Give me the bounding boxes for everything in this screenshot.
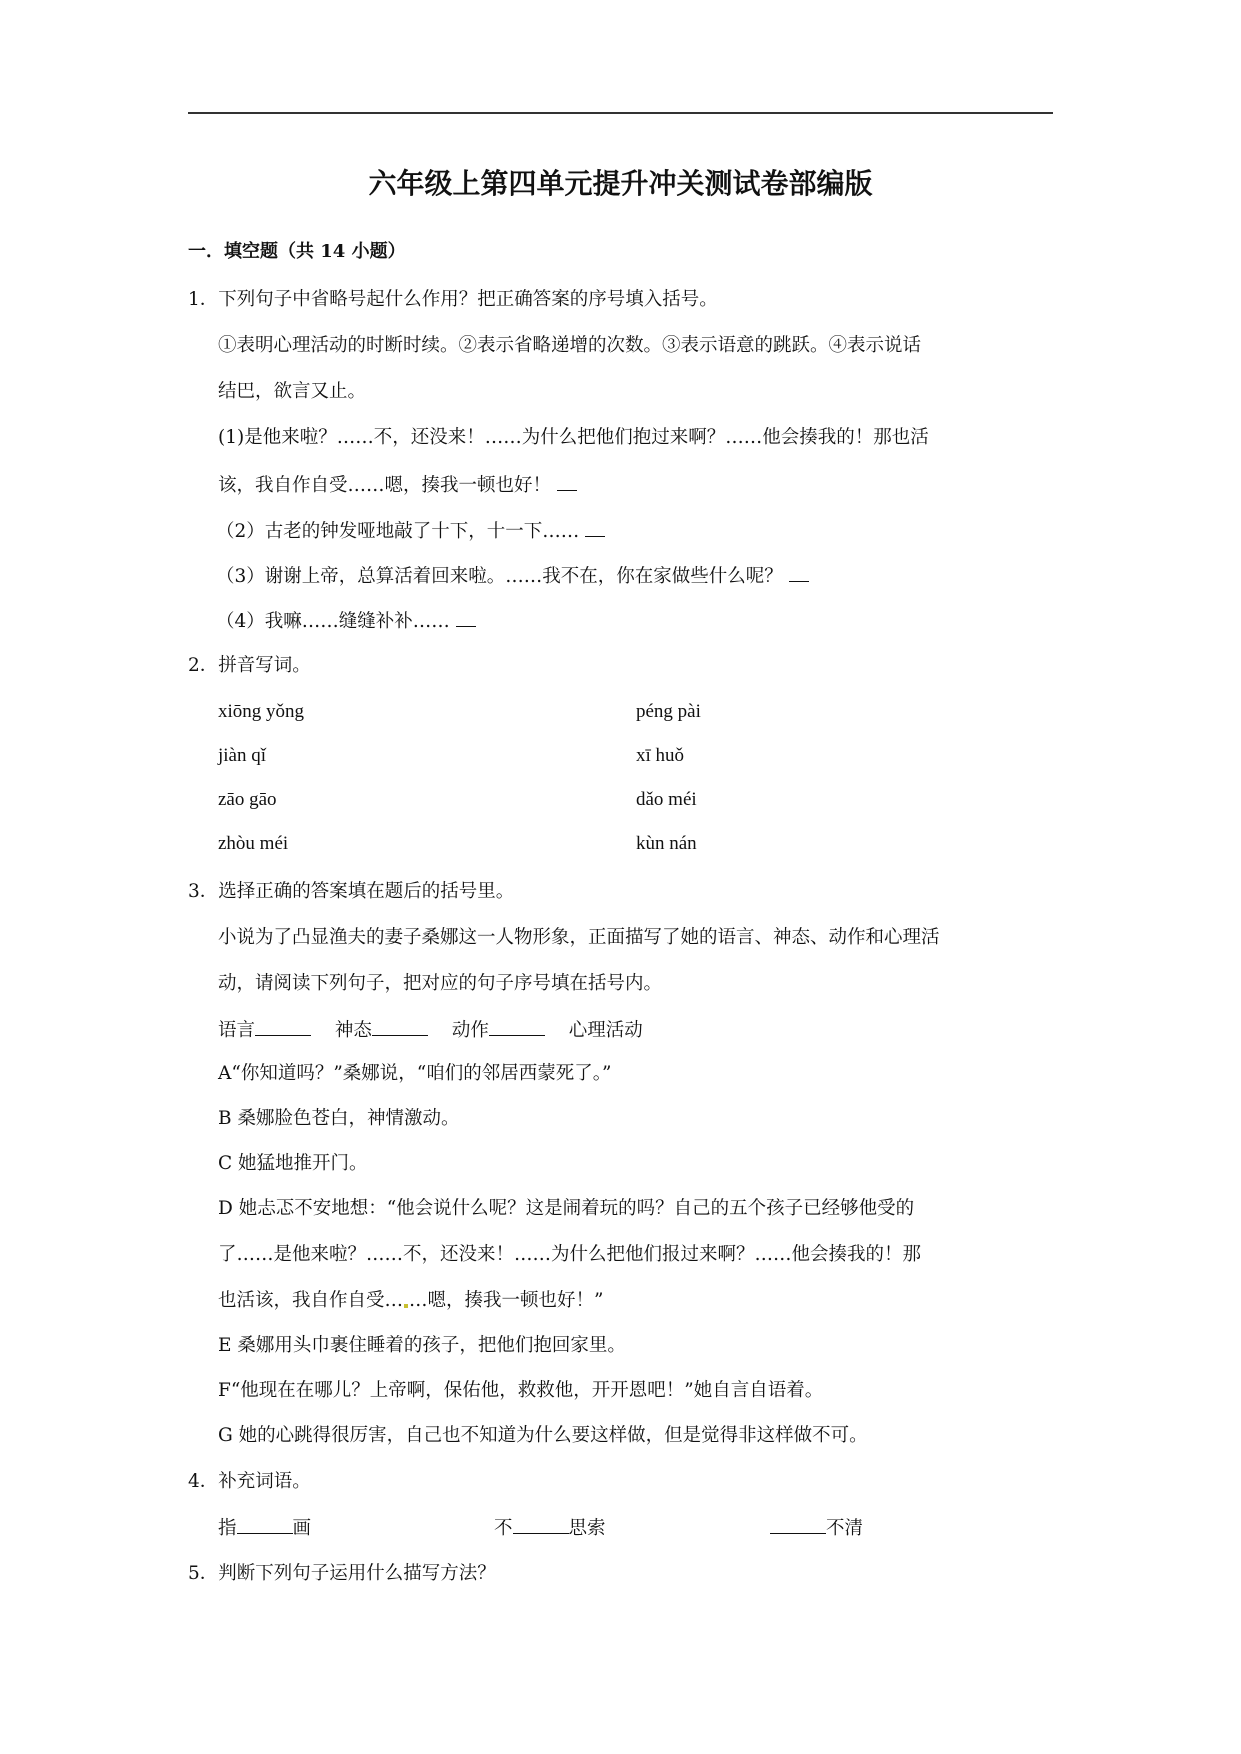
- choice-d-line3: 也活该，我自作自受……嗯，揍我一顿也好！”: [218, 1289, 603, 1313]
- pinyin-item: jiàn qǐ: [218, 744, 266, 768]
- question-5: 5．判断下列句子运用什么描写方法？: [188, 1562, 496, 1586]
- choice-d-line2: 了……是他来啦？……不，还没来！……为什么把他们报过来啊？……他会揍我的！那: [218, 1243, 921, 1267]
- q1-options-line2: 结巴，欲言又止。: [218, 380, 366, 404]
- choice-a: A“你知道吗？”桑娜说，“咱们的邻居西蒙死了。”: [218, 1062, 611, 1086]
- pinyin-item: kùn nán: [636, 832, 697, 856]
- q1-item-1-line2: 该，我自作自受……嗯，揍我一顿也好！: [218, 472, 577, 498]
- answer-blank[interactable]: [770, 1515, 826, 1534]
- answer-blank[interactable]: [489, 1017, 545, 1036]
- pinyin-item: dǎo méi: [636, 788, 697, 812]
- pinyin-item: xī huǒ: [636, 744, 684, 768]
- question-number: 5．: [188, 1563, 218, 1584]
- choice-g: G 她的心跳得很厉害，自己也不知道为什么要这样做，但是觉得非这样做不可。: [218, 1424, 868, 1448]
- choice-f: F“他现在在哪儿？上帝啊，保佑他，救救他，开开恩吧！”她自言自语着。: [218, 1379, 823, 1403]
- q1-item-3: （3）谢谢上帝，总算活着回来啦。……我不在，你在家做些什么呢？: [216, 563, 809, 589]
- q3-intro-line2: 动，请阅读下列句子，把对应的句子序号填在括号内。: [218, 972, 662, 996]
- answer-blank[interactable]: [585, 518, 605, 537]
- question-1: 1．下列句子中省略号起什么作用？把正确答案的序号填入括号。: [188, 288, 718, 312]
- pinyin-item: xiōng yǒng: [218, 700, 304, 724]
- answer-blank[interactable]: [372, 1017, 428, 1036]
- answer-blank[interactable]: [255, 1017, 311, 1036]
- header-rule: [188, 112, 1053, 114]
- question-number: 1．: [188, 289, 218, 310]
- answer-blank[interactable]: [557, 472, 577, 491]
- question-prompt: 选择正确的答案填在题后的括号里。: [218, 881, 514, 902]
- choice-d-line1: D 她忐忑不安地想：“他会说什么呢？这是闹着玩的吗？自己的五个孩子已经够他受的: [218, 1197, 914, 1221]
- word-fill-2: 不思索: [494, 1515, 606, 1541]
- choice-e: E 桑娜用头巾裹住睡着的孩子，把他们抱回家里。: [218, 1334, 626, 1358]
- choice-b: B 桑娜脸色苍白，神情激动。: [218, 1107, 459, 1131]
- question-number: 2．: [188, 655, 218, 676]
- answer-blank[interactable]: [456, 608, 476, 627]
- question-prompt: 拼音写词。: [218, 655, 311, 676]
- page-title: 六年级上第四单元提升冲关测试卷部编版: [0, 162, 1241, 202]
- word-fill-1: 指画: [218, 1515, 311, 1541]
- pinyin-item: zhòu méi: [218, 832, 288, 856]
- answer-blank[interactable]: [789, 563, 809, 582]
- question-prompt: 判断下列句子运用什么描写方法？: [218, 1563, 496, 1584]
- pinyin-item: péng pài: [636, 700, 701, 724]
- question-2: 2．拼音写词。: [188, 654, 311, 678]
- answer-blank[interactable]: [513, 1515, 569, 1534]
- pinyin-item: zāo gāo: [218, 788, 277, 812]
- question-number: 4．: [188, 1471, 218, 1492]
- q1-options-line1: ①表明心理活动的时断时续。②表示省略递增的次数。③表示语意的跳跃。④表示说话: [218, 334, 921, 358]
- question-4: 4．补充词语。: [188, 1470, 311, 1494]
- answer-blank[interactable]: [237, 1515, 293, 1534]
- question-prompt: 下列句子中省略号起什么作用？把正确答案的序号填入括号。: [218, 289, 718, 310]
- q3-categories: 语言 神态 动作 心理活动: [218, 1017, 643, 1043]
- q1-item-1-line1: (1)是他来啦？……不，还没来！……为什么把他们抱过来啊？……他会揍我的！那也活: [218, 426, 929, 450]
- word-fill-3: 不清: [770, 1515, 863, 1541]
- question-3: 3．选择正确的答案填在题后的括号里。: [188, 880, 514, 904]
- question-prompt: 补充词语。: [218, 1471, 311, 1492]
- q1-item-2: （2）古老的钟发哑地敲了十下，十一下……: [216, 518, 605, 544]
- q1-item-4: （4）我嘛……缝缝补补……: [216, 608, 476, 634]
- highlight-mark: [404, 1304, 408, 1308]
- question-number: 3．: [188, 881, 218, 902]
- section-heading: 一．填空题（共 14 小题）: [188, 237, 406, 263]
- choice-c: C 她猛地推开门。: [218, 1152, 368, 1176]
- q3-intro-line1: 小说为了凸显渔夫的妻子桑娜这一人物形象，正面描写了她的语言、神态、动作和心理活: [218, 926, 940, 950]
